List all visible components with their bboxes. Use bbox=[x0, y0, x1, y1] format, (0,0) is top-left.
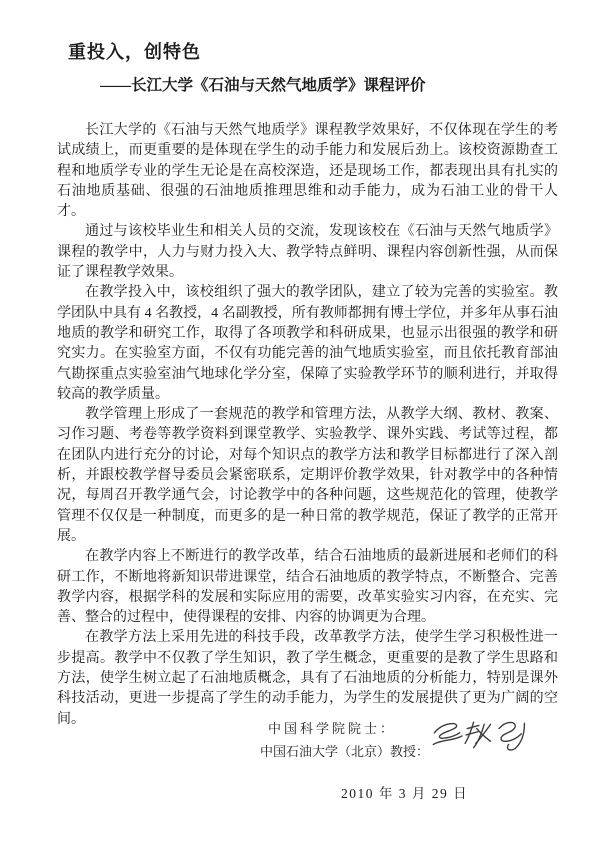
paragraph-1: 长江大学的《石油与天然气地质学》课程教学效果好，不仅体现在学生的考试成绩上，而更… bbox=[57, 121, 558, 222]
document-page: 重投入，创特色 ——长江大学《石油与天然气地质学》课程评价 长江大学的《石油与天… bbox=[0, 0, 600, 850]
document-body: 长江大学的《石油与天然气地质学》课程教学效果好，不仅体现在学生的考试成绩上，而更… bbox=[57, 121, 558, 730]
document-date: 2010 年 3 月 29 日 bbox=[341, 782, 468, 802]
paragraph-2: 通过与该校毕业生和相关人员的交流，发现该校在《石油与天然气地质学》课程的教学中，… bbox=[57, 222, 558, 283]
signature-block: 中国科学院院士： 中国石油大学（北京）教授： bbox=[260, 717, 429, 763]
paragraph-4: 教学管理上形成了一套规范的教学和管理方法，从教学大纲、教材、教案、习作习题、考卷… bbox=[57, 405, 558, 547]
paragraph-3: 在教学投入中，该校组织了强大的教学团队，建立了较为完善的实验室。教学团队中具有 … bbox=[57, 283, 558, 405]
paragraph-5: 在教学内容上不断进行的教学改革，结合石油地质的最新进展和老师们的科研工作，不断地… bbox=[57, 547, 558, 628]
signatory-title-professor: 中国石油大学（北京）教授： bbox=[260, 740, 429, 763]
signatory-title-academician: 中国科学院院士： bbox=[260, 717, 429, 740]
document-title: 重投入，创特色 bbox=[68, 38, 201, 64]
document-subtitle: ——长江大学《石油与天然气地质学》课程评价 bbox=[100, 73, 426, 95]
handwritten-signature: 王铁冠 bbox=[428, 713, 534, 759]
